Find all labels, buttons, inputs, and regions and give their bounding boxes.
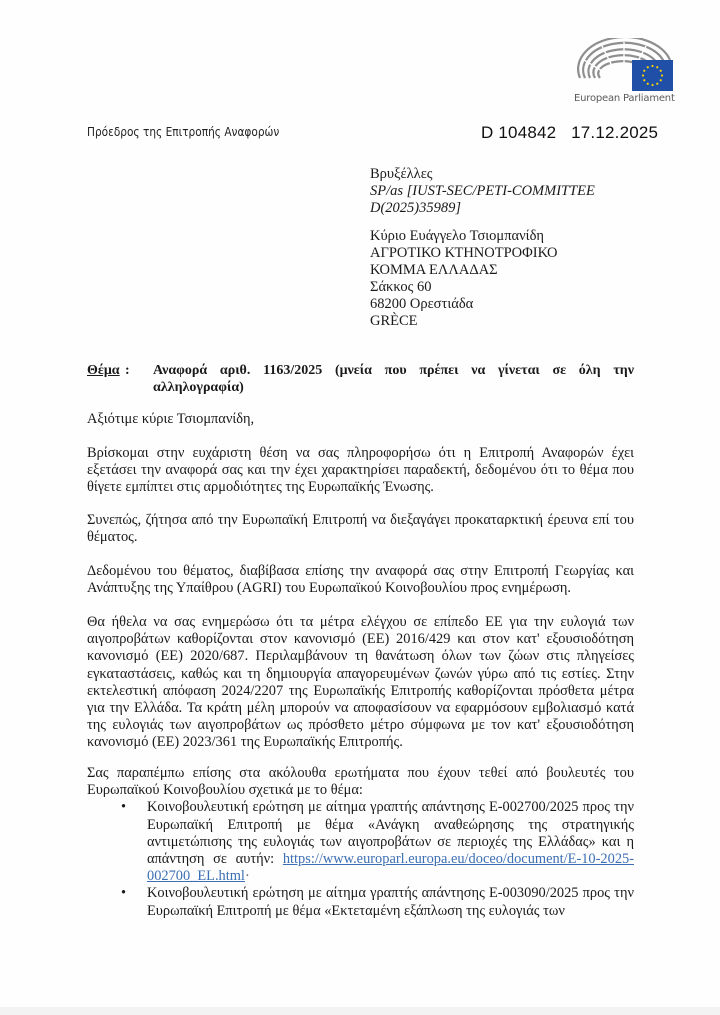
subject-colon: : bbox=[125, 362, 130, 379]
bullet-icon: • bbox=[121, 885, 126, 902]
city: Βρυξέλλες bbox=[370, 166, 595, 183]
location-block: Βρυξέλλες SP/as [IUST-SEC/PETI-COMMITTEE… bbox=[370, 166, 595, 217]
list-item: • Κοινοβουλευτική ερώτηση με αίτημα γραπ… bbox=[87, 799, 634, 885]
european-parliament-logo: European Parliament bbox=[574, 38, 674, 110]
recipient-line: ΑΓΡΟΤΙΚΟ ΚΤΗΝΟΤΡΟΦΙΚΟ bbox=[370, 245, 558, 262]
recipient-address: Κύριο Ευάγγελο Τσιομπανίδη ΑΓΡΟΤΙΚΟ ΚΤΗΝ… bbox=[370, 228, 558, 330]
question-list: • Κοινοβουλευτική ερώτηση με αίτημα γραπ… bbox=[87, 799, 634, 919]
reference-line-1: SP/as [IUST-SEC/PETI-COMMITTEE bbox=[370, 183, 595, 200]
link-suffix: · bbox=[245, 868, 250, 884]
bullet-icon: • bbox=[121, 799, 126, 816]
recipient-line: Κύριο Ευάγγελο Τσιομπανίδη bbox=[370, 228, 558, 245]
paragraph-commission-investigation: Συνεπώς, ζήτησα από την Ευρωπαϊκή Επιτρο… bbox=[87, 512, 634, 546]
logo-wordmark: European Parliament bbox=[574, 93, 674, 104]
recipient-line: GRÈCE bbox=[370, 313, 558, 330]
subject-line: Θέμα : Αναφορά αριθ. 1163/2025 (μνεία πο… bbox=[87, 362, 634, 396]
list-item: • Κοινοβουλευτική ερώτηση με αίτημα γραπ… bbox=[87, 885, 634, 919]
subject-text: Αναφορά αριθ. 1163/2025 (μνεία που πρέπε… bbox=[153, 362, 634, 396]
subject-label: Θέμα bbox=[87, 362, 120, 379]
document-date: 17.12.2025 bbox=[571, 123, 658, 142]
question-text: Κοινοβουλευτική ερώτηση με αίτημα γραπτή… bbox=[147, 885, 634, 918]
document-reference: D 104842 17.12.2025 bbox=[481, 123, 658, 143]
greeting: Αξιότιμε κύριε Τσιομπανίδη, bbox=[87, 411, 634, 428]
recipient-line: ΚΟΜΜΑ ΕΛΛΑΔΑΣ bbox=[370, 262, 558, 279]
recipient-line: 68200 Ορεστιάδα bbox=[370, 296, 558, 313]
paragraph-admissibility: Βρίσκομαι στην ευχάριστη θέση να σας πλη… bbox=[87, 445, 634, 497]
sender-title: Πρόεδρος της Επιτροπής Αναφορών bbox=[87, 125, 279, 139]
references-intro: Σας παραπέμπω επίσης στα ακόλουθα ερωτήμ… bbox=[87, 765, 634, 799]
eu-flag bbox=[632, 60, 673, 91]
recipient-line: Σάκκος 60 bbox=[370, 279, 558, 296]
paragraph-agri-referral: Δεδομένου του θέματος, διαβίβασα επίσης … bbox=[87, 563, 634, 597]
document-number: D 104842 bbox=[481, 123, 556, 142]
paragraph-references: Σας παραπέμπω επίσης στα ακόλουθα ερωτήμ… bbox=[87, 765, 634, 920]
paragraph-control-measures: Θα ήθελα να σας ενημερώσω ότι τα μέτρα ε… bbox=[87, 614, 634, 752]
letter-page: European Parliament Πρόεδρος της Επιτροπ… bbox=[0, 0, 720, 1007]
parliament-hemicycle-icon bbox=[574, 38, 674, 94]
reference-line-2: D(2025)35989] bbox=[370, 200, 595, 217]
